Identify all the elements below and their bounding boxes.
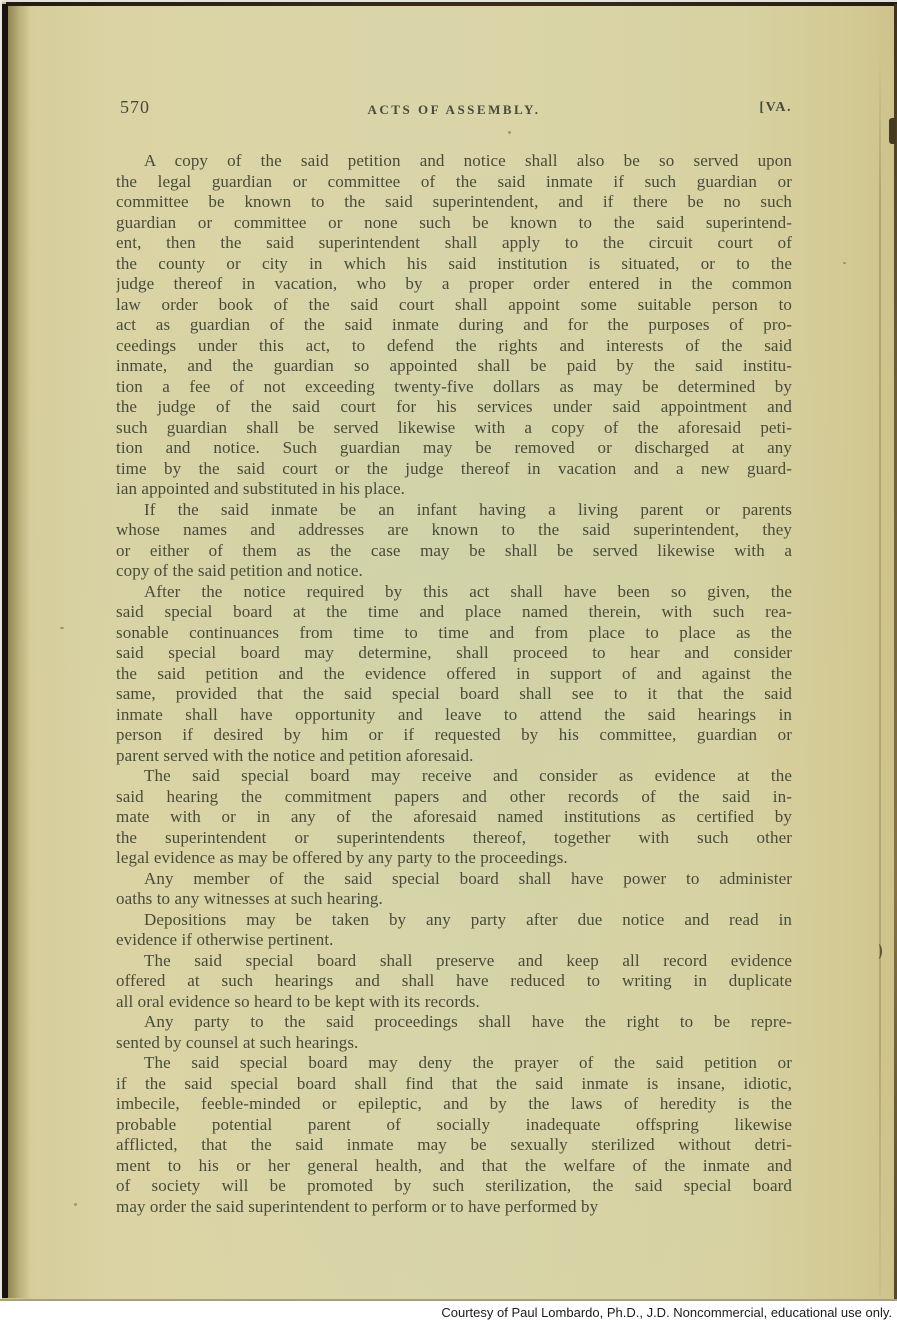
credit-bar: Courtesy of Paul Lombardo, Ph.D., J.D. N… bbox=[0, 1301, 897, 1324]
paragraph: The said special board shall preserve an… bbox=[116, 951, 792, 1013]
scan-edge-top-dark bbox=[6, 2, 897, 6]
text-line: said special board at the time and place… bbox=[116, 602, 792, 623]
text-line: said special board may determine, shall … bbox=[116, 643, 792, 664]
credit-text: Courtesy of Paul Lombardo, Ph.D., J.D. N… bbox=[441, 1305, 892, 1320]
paragraph: If the said inmate be an infant having a… bbox=[116, 500, 792, 582]
text-line: time by the said court or the judge ther… bbox=[116, 459, 792, 480]
text-line: offered at such hearings and shall have … bbox=[116, 971, 792, 992]
text-line: person if desired by him or if requested… bbox=[116, 725, 792, 746]
text-line: inmate, and the guardian so appointed sh… bbox=[116, 356, 792, 377]
text-line: The said special board shall preserve an… bbox=[116, 951, 792, 972]
text-line: ment to his or her general health, and t… bbox=[116, 1156, 792, 1177]
text-line: the legal guardian or committee of the s… bbox=[116, 172, 792, 193]
text-line: After the notice required by this act sh… bbox=[116, 582, 792, 603]
text-line: probable potential parent of socially in… bbox=[116, 1115, 792, 1136]
text-line: sented by counsel at such hearings. bbox=[116, 1033, 792, 1054]
text-line: mate with or in any of the aforesaid nam… bbox=[116, 807, 792, 828]
text-line: guardian or committee or none such be kn… bbox=[116, 213, 792, 234]
text-line: The said special board may receive and c… bbox=[116, 766, 792, 787]
text-line: or either of them as the case may be sha… bbox=[116, 541, 792, 562]
text-line: imbecile, feeble-minded or epileptic, an… bbox=[116, 1094, 792, 1115]
scan-edge-left-shade bbox=[8, 6, 30, 1298]
text-line: judge thereof in vacation, who by a prop… bbox=[116, 274, 792, 295]
paragraph: The said special board may receive and c… bbox=[116, 766, 792, 869]
text-line: copy of the said petition and notice. bbox=[116, 561, 792, 582]
text-line: tion and notice. Such guardian may be re… bbox=[116, 438, 792, 459]
text-line: the county or city in which his said ins… bbox=[116, 254, 792, 275]
text-line: the superintendent or superintendents th… bbox=[116, 828, 792, 849]
scanned-book-page: 570 ACTS OF ASSEMBLY. [VA. A copy of the… bbox=[0, 0, 897, 1324]
text-line: evidence if otherwise pertinent. bbox=[116, 930, 792, 951]
text-line: tion a fee of not exceeding twenty-five … bbox=[116, 377, 792, 398]
text-line: oaths to any witnesses at such hearing. bbox=[116, 889, 792, 910]
paragraph: Any member of the said special board sha… bbox=[116, 869, 792, 910]
text-line: A copy of the said petition and notice s… bbox=[116, 151, 792, 172]
paper-speck bbox=[843, 262, 846, 264]
edition-mark: [VA. bbox=[759, 100, 792, 116]
text-line: the said petition and the evidence offer… bbox=[116, 664, 792, 685]
text-line: ian appointed and substituted in his pla… bbox=[116, 479, 792, 500]
text-line: ceedings under this act, to defend the r… bbox=[116, 336, 792, 357]
text-line: legal evidence as may be offered by any … bbox=[116, 848, 792, 869]
text-line: afflicted, that the said inmate may be s… bbox=[116, 1135, 792, 1156]
text-line: of society will be promoted by such ster… bbox=[116, 1176, 792, 1197]
paragraph: Depositions may be taken by any party af… bbox=[116, 910, 792, 951]
text-line: parent served with the notice and petiti… bbox=[116, 746, 792, 767]
text-line: inmate shall have opportunity and leave … bbox=[116, 705, 792, 726]
paper-speck bbox=[74, 1203, 77, 1206]
text-line: Depositions may be taken by any party af… bbox=[116, 910, 792, 931]
text-line: whose names and addresses are known to t… bbox=[116, 520, 792, 541]
paper-speck bbox=[508, 131, 511, 134]
paragraph: Any party to the said proceedings shall … bbox=[116, 1012, 792, 1053]
text-line: such guardian shall be served likewise w… bbox=[116, 418, 792, 439]
text-line: sonable continuances from time to time a… bbox=[116, 623, 792, 644]
text-line: same, provided that the said special boa… bbox=[116, 684, 792, 705]
paragraph: A copy of the said petition and notice s… bbox=[116, 151, 792, 500]
text-line: Any member of the said special board sha… bbox=[116, 869, 792, 890]
page-crease bbox=[879, 55, 881, 1295]
text-line: law order book of the said court shall a… bbox=[116, 295, 792, 316]
running-head: 570 ACTS OF ASSEMBLY. [VA. bbox=[116, 97, 792, 121]
running-title: ACTS OF ASSEMBLY. bbox=[116, 102, 792, 118]
paragraph: The said special board may deny the pray… bbox=[116, 1053, 792, 1217]
scan-edge-right-notch bbox=[889, 118, 896, 144]
paper-speck bbox=[60, 627, 64, 629]
text-line: committee be known to the said superinte… bbox=[116, 192, 792, 213]
text-line: act as guardian of the said inmate durin… bbox=[116, 315, 792, 336]
text-line: ent, then the said superintendent shall … bbox=[116, 233, 792, 254]
paragraph: After the notice required by this act sh… bbox=[116, 582, 792, 767]
text-line: If the said inmate be an infant having a… bbox=[116, 500, 792, 521]
text-line: Any party to the said proceedings shall … bbox=[116, 1012, 792, 1033]
text-line: all oral evidence so heard to be kept wi… bbox=[116, 992, 792, 1013]
text-line: if the said special board shall find tha… bbox=[116, 1074, 792, 1095]
text-line: The said special board may deny the pray… bbox=[116, 1053, 792, 1074]
text-line: the judge of the said court for his serv… bbox=[116, 397, 792, 418]
page-body: A copy of the said petition and notice s… bbox=[116, 151, 792, 1217]
page-scan: 570 ACTS OF ASSEMBLY. [VA. A copy of the… bbox=[0, 0, 897, 1301]
page-crease-mark bbox=[875, 944, 882, 959]
text-line: said hearing the commitment papers and o… bbox=[116, 787, 792, 808]
text-line: may order the said superintendent to per… bbox=[116, 1197, 792, 1218]
